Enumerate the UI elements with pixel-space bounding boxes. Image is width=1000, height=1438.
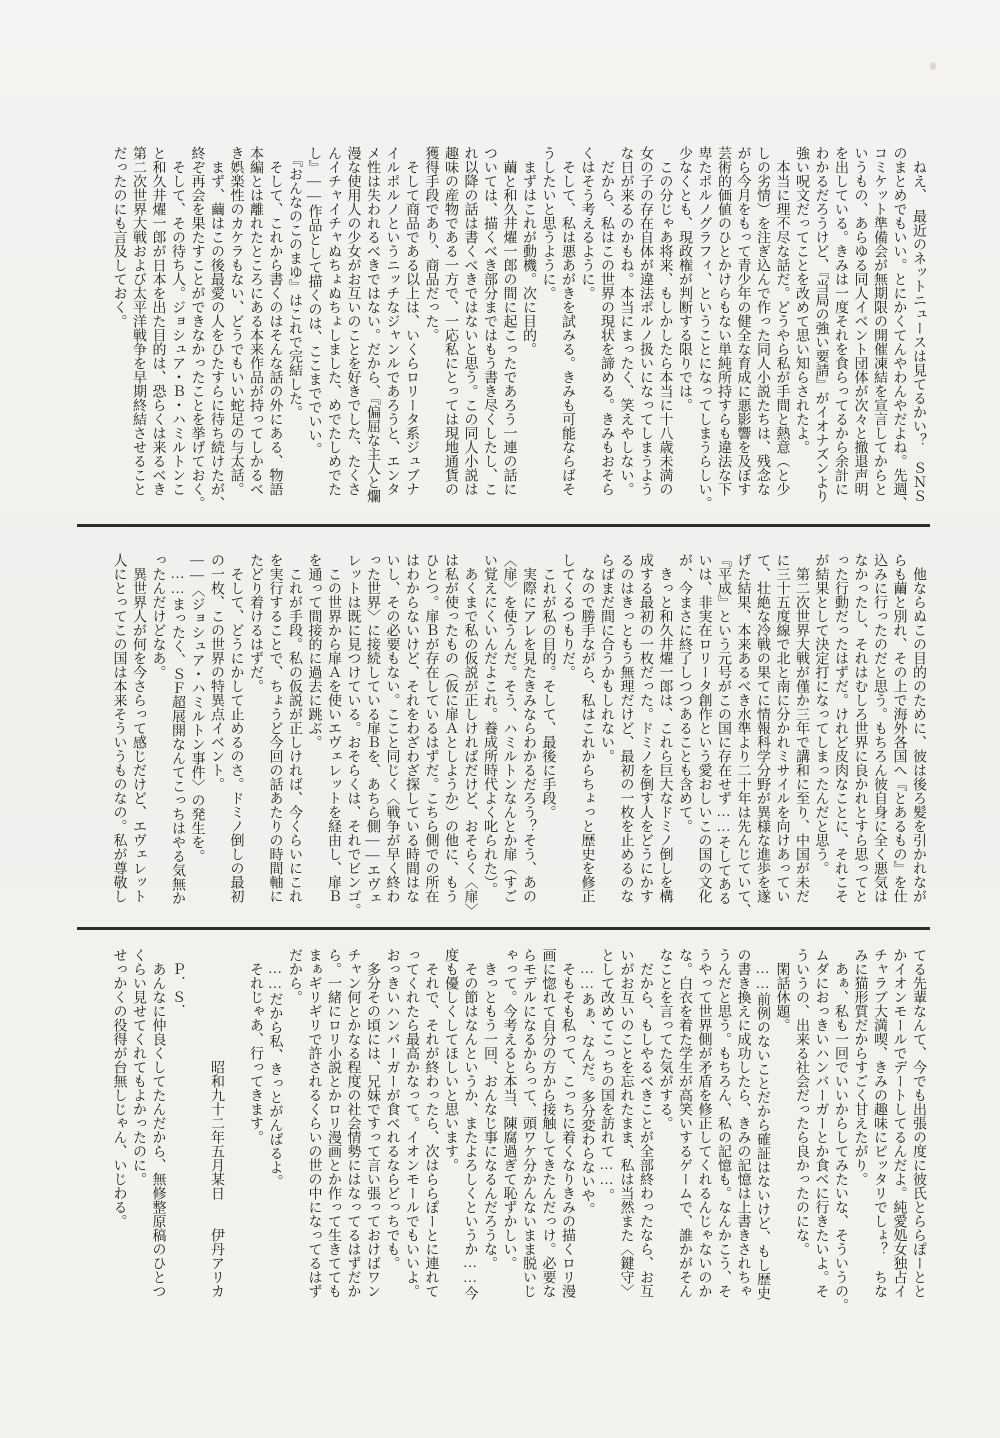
letter-section-top: ねえ、 最近のネットニュースは見てるかい？ ＳＮＳ のまとめでもいい。とにかくて… bbox=[109, 146, 928, 534]
scanned-letter-page: ねえ、 最近のネットニュースは見てるかい？ ＳＮＳ のまとめでもいい。とにかくて… bbox=[0, 0, 1000, 1438]
letter-section-middle: 他ならぬこの目的のために、彼は後ろ髪を引かれなが らも繭と別れ、その上で海外各国… bbox=[109, 553, 928, 925]
scan-speck bbox=[930, 62, 936, 70]
section-divider-2 bbox=[77, 927, 930, 930]
letter-section-bottom: てる先輩なんて、今でも出張の度に彼氏とららぽーとと かイオンモールでデートしてる… bbox=[109, 948, 928, 1346]
section-divider-1 bbox=[77, 524, 930, 527]
